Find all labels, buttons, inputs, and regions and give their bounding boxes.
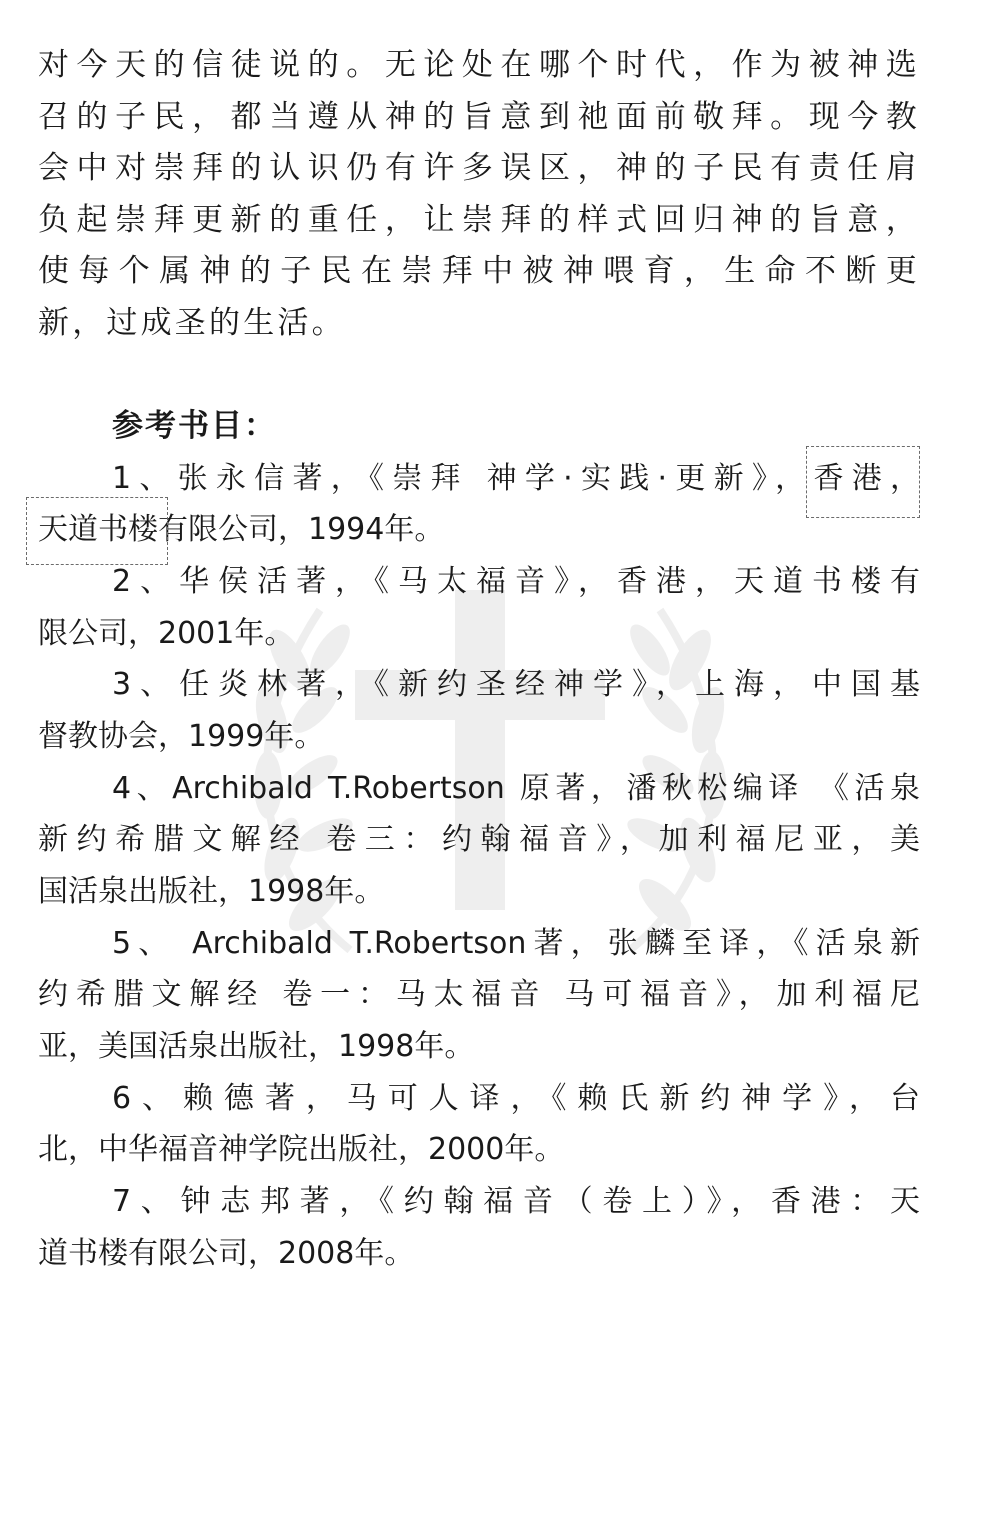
entry-line: 北，中华福音神学院出版社，2000年。 <box>38 1124 920 1176</box>
entry-line: 新约希腊文解经 卷三：约翰福音》，加利福尼亚，美 <box>38 814 920 866</box>
document-page: 对今天的信徒说的。无论处在哪个时代，作为被神选 召的子民，都当遵从神的旨意到祂面… <box>38 40 920 1280</box>
entry-line: 亚，美国活泉出版社，1998年。 <box>38 1021 920 1073</box>
entry-line: 天道书楼有限公司，1994年。 <box>38 504 920 556</box>
body-paragraph: 对今天的信徒说的。无论处在哪个时代，作为被神选 召的子民，都当遵从神的旨意到祂面… <box>38 40 920 349</box>
paragraph-line: 会中对崇拜的认识仍有许多误区，神的子民有责任肩 <box>38 143 920 195</box>
entry-line: 道书楼有限公司，2008年。 <box>38 1228 920 1280</box>
paragraph-line: 新，过成圣的生活。 <box>38 298 920 350</box>
entry-line: 4、Archibald T.Robertson 原著，潘秋松编译 《活泉 <box>38 763 920 815</box>
bibliography-list: 1、张永信著，《崇拜 神学·实践·更新》，香港， 天道书楼有限公司，1994年。… <box>38 453 920 1280</box>
entry-line: 7、钟志邦著，《约翰福音（卷上）》，香港：天 <box>38 1176 920 1228</box>
entry-line: 5、 Archibald T.Robertson著，张麟至译，《活泉新 <box>38 918 920 970</box>
bibliography-entry-4: 4、Archibald T.Robertson 原著，潘秋松编译 《活泉 新约希… <box>38 763 920 918</box>
paragraph-line: 负起崇拜更新的重任，让崇拜的样式回归神的旨意， <box>38 195 920 247</box>
entry-line: 限公司，2001年。 <box>38 608 920 660</box>
entry-line: 约希腊文解经 卷一：马太福音 马可福音》，加利福尼 <box>38 969 920 1021</box>
bibliography-entry-6: 6、赖德著，马可人译，《赖氏新约神学》，台 北，中华福音神学院出版社，2000年… <box>38 1073 920 1176</box>
bibliography-entry-5: 5、 Archibald T.Robertson著，张麟至译，《活泉新 约希腊文… <box>38 918 920 1073</box>
bibliography-entry-2: 2、华侯活著，《马太福音》，香港，天道书楼有 限公司，2001年。 <box>38 556 920 659</box>
paragraph-line: 使每个属神的子民在崇拜中被神喂育，生命不断更 <box>38 246 920 298</box>
entry-line: 3、任炎林著，《新约圣经神学》，上海，中国基 <box>38 659 920 711</box>
paragraph-line: 对今天的信徒说的。无论处在哪个时代，作为被神选 <box>38 40 920 92</box>
paragraph-line: 召的子民，都当遵从神的旨意到祂面前敬拜。现今教 <box>38 92 920 144</box>
entry-line: 2、华侯活著，《马太福音》，香港，天道书楼有 <box>38 556 920 608</box>
bibliography-entry-3: 3、任炎林著，《新约圣经神学》，上海，中国基 督教协会，1999年。 <box>38 659 920 762</box>
entry-line: 督教协会，1999年。 <box>38 711 920 763</box>
bibliography-entry-1: 1、张永信著，《崇拜 神学·实践·更新》，香港， 天道书楼有限公司，1994年。 <box>38 453 920 556</box>
bibliography-heading: 参考书目： <box>38 401 920 453</box>
entry-line: 1、张永信著，《崇拜 神学·实践·更新》，香港， <box>38 453 920 505</box>
bibliography-entry-7: 7、钟志邦著，《约翰福音（卷上）》，香港：天 道书楼有限公司，2008年。 <box>38 1176 920 1279</box>
entry-line: 6、赖德著，马可人译，《赖氏新约神学》，台 <box>38 1073 920 1125</box>
spacer <box>38 349 920 401</box>
entry-line: 国活泉出版社，1998年。 <box>38 866 920 918</box>
